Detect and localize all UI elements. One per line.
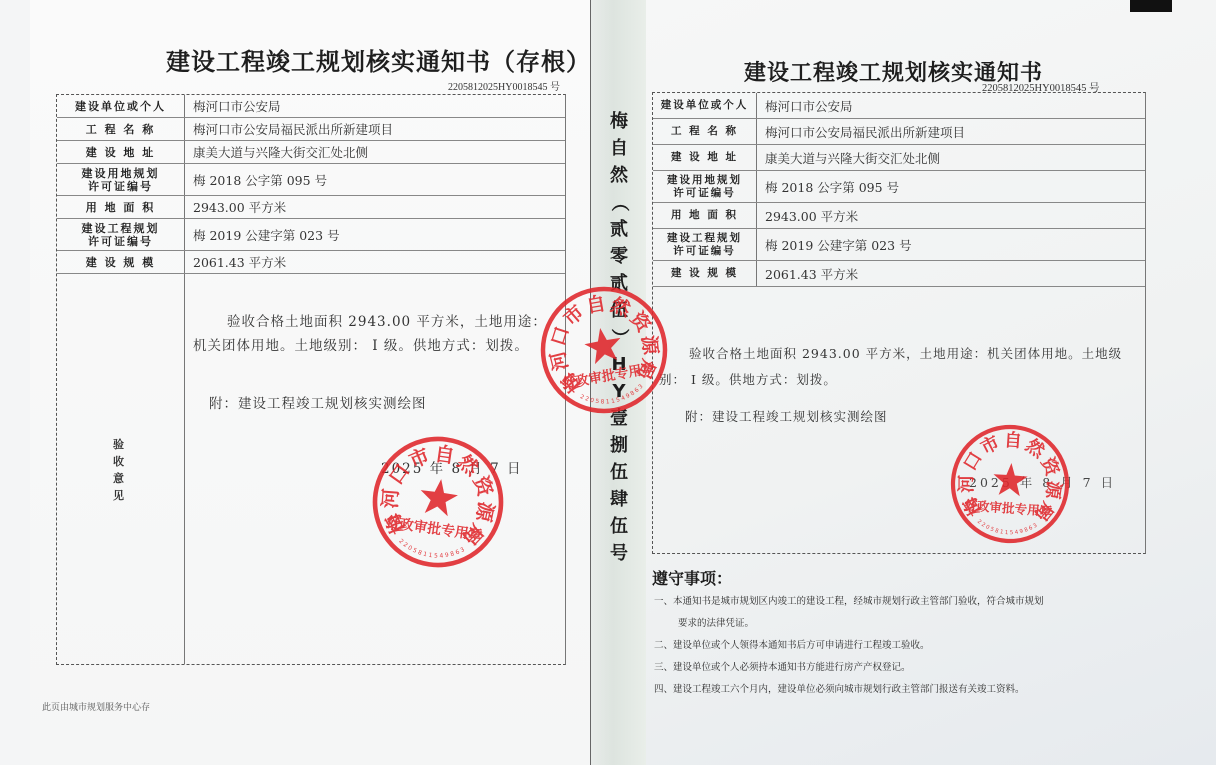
row-label: 建设工程规划许可证编号 [653,229,757,260]
row-value: 2943.00 平方米 [185,196,565,218]
row-label: 建 设 地 址 [653,145,757,170]
row-label: 建 设 规 模 [57,251,185,273]
opinion-section: 验收合格土地面积 2943.00 平方米，土地用途：机关团体用地。土地级别： I… [653,287,1145,553]
row-value: 康美大道与兴隆大街交汇处北侧 [185,141,565,163]
stub-title: 建设工程竣工规划核实通知书（存根） [166,42,591,77]
note-item: 四、建设工程竣工六个月内，建设单位必须向城市规划行政主管部门报送有关竣工资料。 [652,679,1212,701]
notice-info-table: 建设单位或个人 梅河口市公安局 工 程 名 称 梅河口市公安局福民派出所新建项目… [652,92,1146,554]
row-value: 2943.00 平方米 [757,203,1145,228]
row-label: 用 地 面 积 [653,203,757,228]
row-label: 建设用地规划许可证编号 [653,171,757,202]
seam-number: 梅自然（贰零贰伍）HY壹捌伍肆伍号 [607,108,631,567]
row-value: 梅河口市公安局福民派出所新建项目 [757,119,1145,144]
row-value: 梅河口市公安局 [185,95,565,117]
table-row: 建 设 地 址 康美大道与兴隆大街交汇处北侧 [57,141,565,164]
table-row: 建设单位或个人 梅河口市公安局 [57,95,565,118]
table-row: 建设工程规划许可证编号 梅 2019 公建字第 023 号 [57,219,565,251]
issue-date: 2025 年 8 月 7 日 [381,457,523,477]
opinion-label: 验收意见 [113,436,127,504]
opinion-section: 验收意见 验收合格土地面积 2943.00 平方米，土地用途：机关团体用地。土地… [57,274,565,664]
stub-info-table: 建设单位或个人 梅河口市公安局 工 程 名 称 梅河口市公安局福民派出所新建项目… [56,94,566,665]
attachment-note: 附：建设工程竣工规划核实测绘图 [209,392,427,412]
row-value: 2061.43 平方米 [757,261,1145,286]
seam-strip: 梅自然（贰零贰伍）HY壹捌伍肆伍号 [590,0,646,765]
row-value: 梅 2019 公建字第 023 号 [757,229,1145,260]
issue-date: 2025 年 8 月 7 日 [969,473,1116,491]
table-row: 建 设 地 址 康美大道与兴隆大街交汇处北侧 [653,145,1145,171]
stub-serial-number: 2205812025HY0018545 号 [448,78,560,93]
row-label: 建 设 规 模 [653,261,757,286]
clip-edge [1130,0,1172,12]
table-row: 用 地 面 积 2943.00 平方米 [57,196,565,219]
table-row: 用 地 面 积 2943.00 平方米 [653,203,1145,229]
note-item: 三、建设单位或个人必须持本通知书方能进行房产产权登记。 [652,657,1212,679]
compliance-notes: 遵守事项： 一、本通知书是城市规划区内竣工的建设工程，经城市规划行政主管部门验收… [652,566,1212,701]
table-row: 工 程 名 称 梅河口市公安局福民派出所新建项目 [57,118,565,141]
opinion-text: 验收合格土地面积 2943.00 平方米，土地用途：机关团体用地。土地级别： I… [193,310,561,358]
row-label: 建设单位或个人 [57,95,185,117]
table-row: 建 设 规 模 2061.43 平方米 [57,251,565,274]
note-item: 要求的法律凭证。 [652,613,1212,635]
row-label: 用 地 面 积 [57,196,185,218]
row-value: 康美大道与兴隆大街交汇处北侧 [757,145,1145,170]
table-row: 建设单位或个人 梅河口市公安局 [653,93,1145,119]
table-row: 工 程 名 称 梅河口市公安局福民派出所新建项目 [653,119,1145,145]
table-row: 建 设 规 模 2061.43 平方米 [653,261,1145,287]
row-value: 梅 2018 公字第 095 号 [185,164,565,195]
table-row: 建设工程规划许可证编号 梅 2019 公建字第 023 号 [653,229,1145,261]
row-label: 建设单位或个人 [653,93,757,118]
row-label: 建 设 地 址 [57,141,185,163]
row-label: 工 程 名 称 [653,119,757,144]
opinion-text: 验收合格土地面积 2943.00 平方米，土地用途：机关团体用地。土地级别： I… [659,341,1147,393]
document-photo: 建设工程竣工规划核实通知书（存根） 2205812025HY0018545 号 … [0,0,1216,765]
row-label: 建设用地规划许可证编号 [57,164,185,195]
note-item: 二、建设单位或个人领得本通知书后方可申请进行工程竣工验收。 [652,635,1212,657]
row-value: 梅 2019 公建字第 023 号 [185,219,565,250]
table-row: 建设用地规划许可证编号 梅 2018 公字第 095 号 [653,171,1145,203]
row-label: 工 程 名 称 [57,118,185,140]
row-label: 建设工程规划许可证编号 [57,219,185,250]
notes-heading: 遵守事项： [652,566,1212,589]
table-row: 建设用地规划许可证编号 梅 2018 公字第 095 号 [57,164,565,196]
row-value: 梅河口市公安局 [757,93,1145,118]
row-value: 梅河口市公安局福民派出所新建项目 [185,118,565,140]
stub-footer-note: 此页由城市规划服务中心存 [42,700,150,713]
row-value: 2061.43 平方米 [185,251,565,273]
attachment-note: 附：建设工程竣工规划核实测绘图 [685,407,888,425]
notice-page: 建设工程竣工规划核实通知书 2205812025HY0018545 号 建设单位… [646,0,1216,765]
row-value: 梅 2018 公字第 095 号 [757,171,1145,202]
note-item: 一、本通知书是城市规划区内竣工的建设工程，经城市规划行政主管部门验收，符合城市规… [652,591,1212,613]
